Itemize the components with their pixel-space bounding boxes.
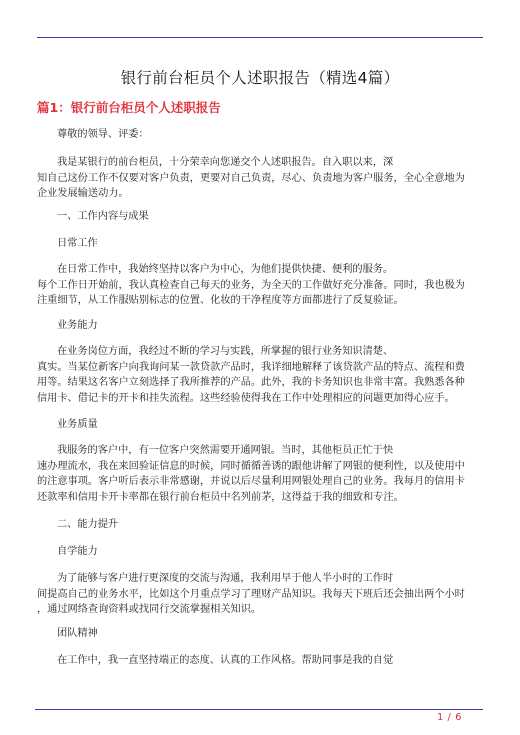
subheading-text: 业务质量 — [37, 417, 487, 433]
heading-work-content: 一、工作内容与成果 — [37, 209, 487, 225]
text-line: 的注意事项。客户听后表示非常感谢，并说以后尽量利用网银处理自己的业务。我每月的信… — [37, 474, 487, 490]
heading-text: 二、能力提升 — [37, 517, 487, 533]
text-line: 用等。结果这名客户立刻选择了我所推荐的产品。此外，我的卡务知识也非常丰富。我熟悉… — [37, 375, 487, 391]
subheading-text: 自学能力 — [37, 544, 487, 560]
text-line: 在工作中，我一直坚持端正的态度、认真的工作风格。帮助同事是我的自觉 — [37, 653, 487, 669]
subheading-business-ability: 业务能力 — [37, 318, 487, 334]
subheading-text: 日常工作 — [37, 236, 487, 252]
text-line: 在业务岗位方面，我经过不断的学习与实践，所掌握的银行业务知识清楚、 — [37, 344, 487, 360]
text-line: 我服务的客户中，有一位客户突然需要开通网银。当时，其他柜员正忙于快 — [37, 443, 487, 459]
text-line: 尊敬的领导、评委： — [37, 127, 487, 143]
subheading-business-quality: 业务质量 — [37, 417, 487, 433]
business-ability-paragraph: 在业务岗位方面，我经过不断的学习与实践，所掌握的银行业务知识清楚、 真实。当某位… — [37, 344, 487, 406]
footer-rule — [35, 709, 483, 710]
subheading-text: 团队精神 — [37, 626, 487, 642]
daily-work-paragraph: 在日常工作中，我始终坚持以客户为中心，为他们提供快捷、便利的服务。 每个工作日开… — [37, 262, 487, 309]
subheading-daily-work: 日常工作 — [37, 236, 487, 252]
document-title: 银行前台柜员个人述职报告（精选4篇） — [0, 66, 520, 88]
subheading-self-learning: 自学能力 — [37, 544, 487, 560]
text-line: ，通过网络查询资料或找同行交流掌握相关知识。 — [37, 602, 487, 618]
header-rule — [37, 37, 483, 38]
subheading-text: 业务能力 — [37, 318, 487, 334]
text-line: 真实。当某位新客户向我询问某一款贷款产品时，我详细地解释了该贷款产品的特点、流程… — [37, 360, 487, 376]
business-quality-paragraph: 我服务的客户中，有一位客户突然需要开通网银。当时，其他柜员正忙于快 速办理流水，… — [37, 443, 487, 505]
text-line: 在日常工作中，我始终坚持以客户为中心，为他们提供快捷、便利的服务。 — [37, 262, 487, 278]
text-line: 注重细节，从工作服贴别标志的位置、化妆的干净程度等方面都进行了反复验证。 — [37, 293, 487, 309]
text-line: 企业发展输送动力。 — [37, 186, 487, 202]
text-line: 我是某银行的前台柜员，十分荣幸向您递交个人述职报告。自入职以来，深 — [37, 155, 487, 171]
salutation: 尊敬的领导、评委： — [37, 127, 487, 143]
page-indicator: 1 / 6 — [437, 712, 462, 723]
team-spirit-paragraph: 在工作中，我一直坚持端正的态度、认真的工作风格。帮助同事是我的自觉 — [37, 653, 487, 669]
text-line: 知自己这份工作不仅要对客户负责，更要对自己负责，尽心、负责地为客户服务，全心全意… — [37, 171, 487, 187]
text-line: 为了能够与客户进行更深度的交流与沟通，我利用早于他人半小时的工作时 — [37, 571, 487, 587]
text-line: 间提高自己的业务水平，比如这个月重点学习了理财产品知识。我每天下班后还会抽出两个… — [37, 587, 487, 603]
subheading-team-spirit: 团队精神 — [37, 626, 487, 642]
heading-text: 一、工作内容与成果 — [37, 209, 487, 225]
text-line: 信用卡、借记卡的开卡和挂失流程。这些经验使得我在工作中处理相应的问题更加得心应手… — [37, 391, 487, 407]
section-title: 篇1：银行前台柜员个人述职报告 — [37, 98, 221, 116]
self-learning-paragraph: 为了能够与客户进行更深度的交流与沟通，我利用早于他人半小时的工作时 间提高自己的… — [37, 571, 487, 618]
text-line: 速办理流水，我在来回验证信息的时候，同时循循善诱的跟他讲解了网银的便利性，以及使… — [37, 459, 487, 475]
heading-ability-improvement: 二、能力提升 — [37, 517, 487, 533]
text-line: 每个工作日开始前，我认真检查自己每天的业务，为全天的工作做好充分准备。同时，我也… — [37, 278, 487, 294]
intro-paragraph: 我是某银行的前台柜员，十分荣幸向您递交个人述职报告。自入职以来，深 知自己这份工… — [37, 155, 487, 202]
text-line: 还款率和信用卡开卡率都在银行前台柜员中名列前茅，这得益于我的细致和专注。 — [37, 490, 487, 506]
